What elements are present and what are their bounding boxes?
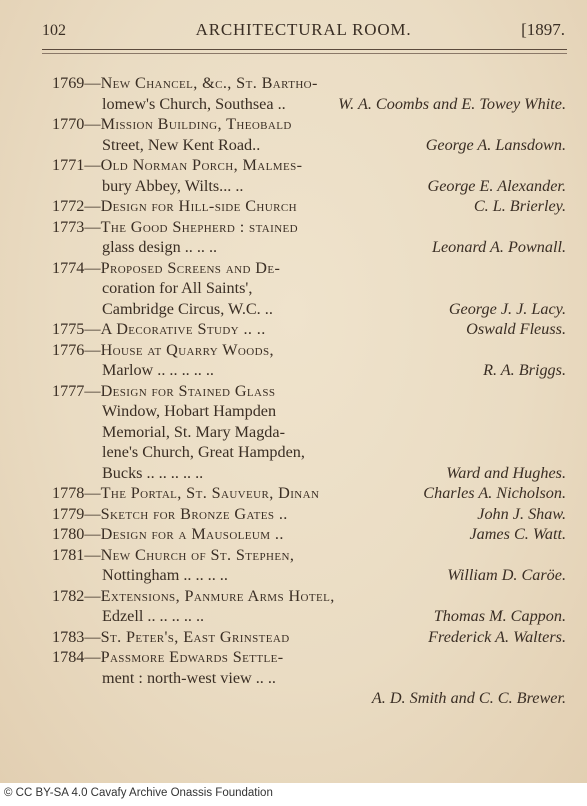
entry-line: 1778—The Portal, St. Sauveur, DinanCharl… (52, 483, 566, 504)
entry-line: Nottingham .. .. .. ..William D. Caröe. (52, 565, 566, 586)
entry-description: lomew's Church, Southsea .. (102, 94, 286, 115)
entry-number: 1776 (52, 341, 84, 359)
entry-description: ment : north-west view .. .. (102, 668, 276, 689)
entry-number: 1774 (52, 259, 84, 277)
em-dash: — (84, 74, 100, 92)
catalogue-entry: 1781—New Church of St. Stephen,Nottingha… (52, 545, 566, 586)
entry-line: 1770—Mission Building, Theobald (52, 114, 566, 135)
catalogue-entry: 1770—Mission Building, TheobaldStreet, N… (52, 114, 566, 155)
entry-number: 1770 (52, 115, 84, 133)
catalogue-entry: 1778—The Portal, St. Sauveur, DinanCharl… (52, 483, 566, 504)
entry-line: 1775—A Decorative Study .. ..Oswald Fleu… (52, 319, 566, 340)
entry-number: 1771 (52, 156, 84, 174)
entry-description: New Chancel, &c., St. Bartho- (101, 73, 318, 94)
entry-line: glass design .. .. ..Leonard A. Pownall. (52, 237, 566, 258)
em-dash: — (84, 525, 100, 543)
entry-description: The Portal, St. Sauveur, Dinan (101, 483, 320, 504)
entry-number: 1778 (52, 484, 84, 502)
em-dash: — (84, 197, 100, 215)
entry-number: 1772 (52, 197, 84, 215)
catalogue-entry: 1776—House at Quarry Woods,Marlow .. .. … (52, 340, 566, 381)
entry-artist: Oswald Fleuss. (466, 319, 566, 340)
entry-line: 1781—New Church of St. Stephen, (52, 545, 566, 566)
catalogue-entry: 1772—Design for Hill-side ChurchC. L. Br… (52, 196, 566, 217)
running-header: 102 ARCHITECTURAL ROOM. [1897. (42, 20, 565, 42)
entry-artist: Thomas M. Cappon. (434, 606, 566, 627)
entry-artist: Frederick A. Walters. (428, 627, 566, 648)
entry-description: Passmore Edwards Settle- (101, 647, 284, 668)
entry-number: 1781 (52, 546, 84, 564)
entry-line: 1769—New Chancel, &c., St. Bartho- (52, 73, 566, 94)
entry-description: glass design .. .. .. (102, 237, 217, 258)
catalogue-entry: 1780—Design for a Mausoleum ..James C. W… (52, 524, 566, 545)
entry-line: 1784—Passmore Edwards Settle- (52, 647, 566, 668)
catalogue-entry: 1779—Sketch for Bronze Gates ..John J. S… (52, 504, 566, 525)
entry-artist: George E. Alexander. (428, 176, 566, 197)
entry-description: lene's Church, Great Hampden, (102, 442, 305, 463)
em-dash: — (84, 484, 100, 502)
entry-number: 1783 (52, 628, 84, 646)
em-dash: — (84, 218, 100, 236)
entry-artist: James C. Watt. (469, 524, 566, 545)
entry-number: 1775 (52, 320, 84, 338)
catalogue-entry: 1769—New Chancel, &c., St. Bartho-lomew'… (52, 73, 566, 114)
entry-description: Design for a Mausoleum .. (101, 524, 284, 545)
catalogue-entry: 1782—Extensions, Panmure Arms Hotel,Edze… (52, 586, 566, 627)
entry-description: Edzell .. .. .. .. .. (102, 606, 204, 627)
entry-description: coration for All Saints', (102, 278, 252, 299)
catalogue-entry: 1777—Design for Stained GlassWindow, Hob… (52, 381, 566, 484)
catalogue-entry: 1775—A Decorative Study .. ..Oswald Fleu… (52, 319, 566, 340)
entry-description: House at Quarry Woods, (101, 340, 274, 361)
header-year: [1897. (521, 20, 565, 40)
scanned-page: 102 ARCHITECTURAL ROOM. [1897. 1769—New … (0, 0, 587, 783)
entry-line: 1771—Old Norman Porch, Malmes- (52, 155, 566, 176)
entry-description: St. Peter's, East Grinstead (101, 627, 290, 648)
entry-artist: A. D. Smith and C. C. Brewer. (372, 688, 566, 709)
header-rule (42, 49, 567, 50)
entry-artist: R. A. Briggs. (483, 360, 566, 381)
entry-artist: Ward and Hughes. (446, 463, 566, 484)
entry-line: 1776—House at Quarry Woods, (52, 340, 566, 361)
entry-line: 1782—Extensions, Panmure Arms Hotel, (52, 586, 566, 607)
entry-description: Design for Stained Glass (101, 381, 276, 402)
entry-number: 1777 (52, 382, 84, 400)
em-dash: — (84, 587, 100, 605)
entry-artist: William D. Caröe. (447, 565, 566, 586)
em-dash: — (84, 628, 100, 646)
entry-artist: George J. J. Lacy. (449, 299, 566, 320)
entry-description: Mission Building, Theobald (101, 114, 292, 135)
entry-description: The Good Shepherd : stained (101, 217, 298, 238)
em-dash: — (84, 505, 100, 523)
entry-number: 1784 (52, 648, 84, 666)
entry-description: Window, Hobart Hampden (102, 401, 276, 422)
entry-line: 1780—Design for a Mausoleum ..James C. W… (52, 524, 566, 545)
em-dash: — (84, 259, 100, 277)
entry-number: 1779 (52, 505, 84, 523)
catalogue-entry: 1783—St. Peter's, East GrinsteadFrederic… (52, 627, 566, 648)
catalogue-entry: 1773—The Good Shepherd : stainedglass de… (52, 217, 566, 258)
entry-line: Cambridge Circus, W.C. ..George J. J. La… (52, 299, 566, 320)
entry-line: Marlow .. .. .. .. ..R. A. Briggs. (52, 360, 566, 381)
entry-line: ment : north-west view .. .. (52, 668, 566, 689)
entry-number: 1773 (52, 218, 84, 236)
entry-description: Design for Hill-side Church (101, 196, 297, 217)
catalogue-entry: 1784—Passmore Edwards Settle-ment : nort… (52, 647, 566, 709)
entry-line: Street, New Kent Road..George A. Lansdow… (52, 135, 566, 156)
copyright-credit: © CC BY-SA 4.0 Cavafy Archive Onassis Fo… (4, 787, 273, 799)
entry-description: A Decorative Study .. .. (101, 319, 266, 340)
entry-line: Bucks .. .. .. .. ..Ward and Hughes. (52, 463, 566, 484)
catalogue-entries: 1769—New Chancel, &c., St. Bartho-lomew'… (52, 73, 566, 709)
entry-description: Cambridge Circus, W.C. .. (102, 299, 273, 320)
catalogue-entry: 1774—Proposed Screens and De-coration fo… (52, 258, 566, 320)
entry-line: Edzell .. .. .. .. ..Thomas M. Cappon. (52, 606, 566, 627)
entry-number: 1769 (52, 74, 84, 92)
em-dash: — (84, 382, 100, 400)
entry-number: 1780 (52, 525, 84, 543)
entry-number: 1782 (52, 587, 84, 605)
entry-line: 1777—Design for Stained Glass (52, 381, 566, 402)
entry-description: Marlow .. .. .. .. .. (102, 360, 214, 381)
em-dash: — (84, 546, 100, 564)
entry-description: Street, New Kent Road.. (102, 135, 260, 156)
entry-line: coration for All Saints', (52, 278, 566, 299)
entry-line: lene's Church, Great Hampden, (52, 442, 566, 463)
entry-artist: W. A. Coombs and E. Towey White. (338, 94, 566, 115)
entry-description: Sketch for Bronze Gates .. (101, 504, 288, 525)
entry-description: Bucks .. .. .. .. .. (102, 463, 203, 484)
entry-line: Memorial, St. Mary Magda- (52, 422, 566, 443)
em-dash: — (84, 648, 100, 666)
entry-description: Old Norman Porch, Malmes- (101, 155, 303, 176)
entry-description: New Church of St. Stephen, (101, 545, 295, 566)
entry-line: 1774—Proposed Screens and De- (52, 258, 566, 279)
entry-line: 1772—Design for Hill-side ChurchC. L. Br… (52, 196, 566, 217)
entry-description: bury Abbey, Wilts... .. (102, 176, 243, 197)
entry-artist: Leonard A. Pownall. (432, 237, 566, 258)
entry-line: Window, Hobart Hampden (52, 401, 566, 422)
entry-line: 1783—St. Peter's, East GrinsteadFrederic… (52, 627, 566, 648)
entry-artist: George A. Lansdown. (426, 135, 566, 156)
entry-description: Extensions, Panmure Arms Hotel, (101, 586, 335, 607)
entry-artist: Charles A. Nicholson. (423, 483, 566, 504)
entry-description: Memorial, St. Mary Magda- (102, 422, 285, 443)
entry-line: 1773—The Good Shepherd : stained (52, 217, 566, 238)
entry-line: A. D. Smith and C. C. Brewer. (52, 688, 566, 709)
em-dash: — (84, 156, 100, 174)
entry-description: Nottingham .. .. .. .. (102, 565, 228, 586)
em-dash: — (84, 341, 100, 359)
em-dash: — (84, 320, 100, 338)
entry-line: lomew's Church, Southsea ..W. A. Coombs … (52, 94, 566, 115)
entry-artist: John J. Shaw. (477, 504, 566, 525)
page-title: ARCHITECTURAL ROOM. (42, 20, 565, 40)
catalogue-entry: 1771—Old Norman Porch, Malmes-bury Abbey… (52, 155, 566, 196)
header-rule-secondary (42, 53, 567, 54)
em-dash: — (84, 115, 100, 133)
entry-line: 1779—Sketch for Bronze Gates ..John J. S… (52, 504, 566, 525)
entry-artist: C. L. Brierley. (474, 196, 566, 217)
entry-description: Proposed Screens and De- (101, 258, 281, 279)
entry-line: bury Abbey, Wilts... ..George E. Alexand… (52, 176, 566, 197)
